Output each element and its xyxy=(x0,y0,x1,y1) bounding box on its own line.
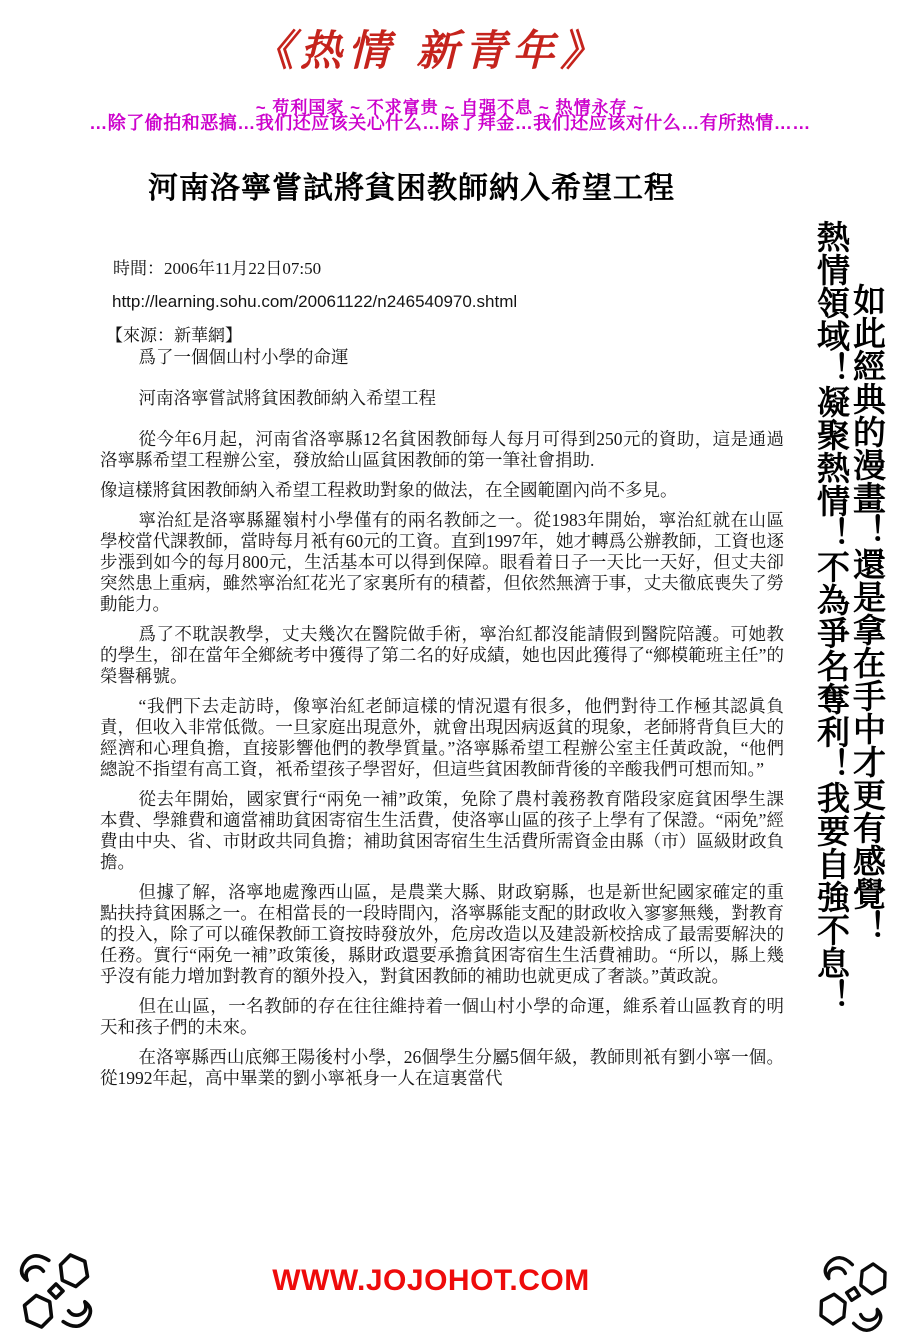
pinwheel-ornament-icon xyxy=(10,1246,102,1336)
article-paragraph: 像這樣將貧困教師納入希望工程救助對象的做法，在全國範圍內尚不多見。 xyxy=(100,480,784,501)
article-headline: 河南洛寧嘗試將貧困教師納入希望工程 xyxy=(148,163,675,207)
article-paragraph: 但在山區，一名教師的存在往往維持着一個山村小學的命運，維系着山區教育的明天和孩子… xyxy=(100,996,784,1038)
vertical-slogan-inner: 熱情領域！凝聚熱情！不為爭名奪利！我要自強不息！ xyxy=(813,220,850,1012)
magazine-title: 《热情 新青年》 xyxy=(0,18,860,78)
article-paragraph: 爲了不耽誤教學，丈夫幾次在醫院做手術，寧治紅都沒能請假到醫院陪護。可她教的學生，… xyxy=(100,624,784,687)
vertical-slogan-outer: 如此經典的漫畫！還是拿在手中才更有感覺！ xyxy=(849,283,886,943)
article-paragraph: “我們下去走訪時，像寧治紅老師這樣的情況還有很多，他們對待工作極其認眞負責，但收… xyxy=(100,696,784,780)
pinwheel-ornament-icon xyxy=(810,1252,896,1336)
article-paragraphs: 爲了一個個山村小學的命運河南洛寧嘗試將貧困教師納入希望工程從今年6月起，河南省洛… xyxy=(100,347,784,1098)
article-source-url: http://learning.sohu.com/20061122/n24654… xyxy=(112,292,517,312)
website-url-text: WWW.JOJOHOT.COM xyxy=(0,1264,862,1298)
article-paragraph: 但據了解，洛寧地處豫西山區，是農業大縣、財政窮縣，也是新世紀國家確定的重點扶持貧… xyxy=(100,882,784,987)
article-timestamp: 時間：2006年11月22日07:50 xyxy=(113,254,321,279)
article-paragraph: 在洛寧縣西山底鄉王陽後村小學，26個學生分屬5個年級，教師則衹有劉小寧一個。從1… xyxy=(100,1047,784,1089)
article-source-label: 【來源：新華網】 xyxy=(106,321,242,346)
motto-line-2: …除了偷拍和恶搞…我们还应该关心什么…除了拜金…我们还应该对什么…有所热情…… xyxy=(0,109,900,135)
article-paragraph: 爲了一個個山村小學的命運 xyxy=(100,347,784,368)
article-paragraph: 從今年6月起，河南省洛寧縣12名貧困教師每人每月可得到250元的資助，這是通過洛… xyxy=(100,429,784,471)
article-paragraph: 河南洛寧嘗試將貧困教師納入希望工程 xyxy=(100,388,784,409)
article-paragraph: 寧治紅是洛寧縣羅嶺村小學僅有的兩名教師之一。從1983年開始，寧治紅就在山區學校… xyxy=(100,510,784,615)
article-paragraph: 從去年開始，國家實行“兩免一補”政策，免除了農村義務教育階段家庭貧困學生課本費、… xyxy=(100,789,784,873)
scanned-page: 《热情 新青年》 ~ 苟利国家 ~ 不求富贵 ~ 自强不息 ~ 热情永存 ~ …… xyxy=(0,0,900,1336)
